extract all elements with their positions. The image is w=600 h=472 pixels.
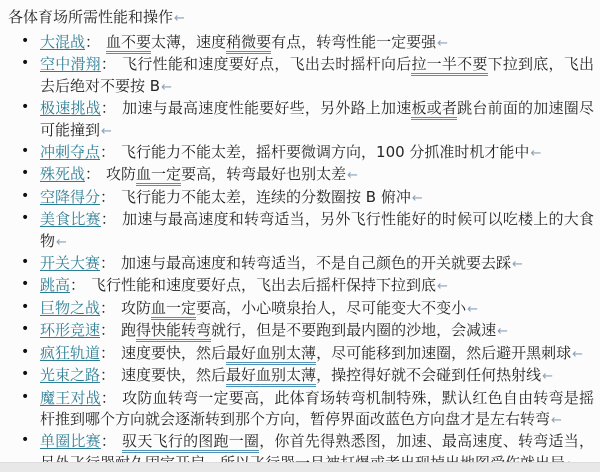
page-title-text: 各体育场所需性能和操作 <box>8 8 173 26</box>
text-segment-plain: 攻防 <box>121 299 151 317</box>
paragraph-mark: ← <box>512 257 523 272</box>
stadium-term: 冲刺夺点 <box>40 143 100 161</box>
page-title: 各体育场所需性能和操作← <box>8 6 594 30</box>
stadium-term: 环形竞速 <box>40 321 100 339</box>
term-colon: ： <box>101 432 116 450</box>
term-colon: ： <box>100 254 115 272</box>
term-colon: ： <box>100 299 115 317</box>
text-segment-plain: 飞行能力不能太差，连续的分数圈按 B 俯冲 <box>121 188 411 206</box>
stadium-term: 大混战 <box>40 33 85 51</box>
bullet-icon: • <box>21 342 29 363</box>
term-colon: ： <box>85 165 100 183</box>
stadium-term: 空中滑翔 <box>40 55 101 73</box>
paragraph-mark: ← <box>437 279 448 294</box>
document-page[interactable]: 各体育场所需性能和操作← •大混战：血不要太薄，速度稍微要有点，转弯性能一定要强… <box>0 0 600 472</box>
bullet-icon: • <box>21 163 29 184</box>
paragraph-mark: ← <box>497 324 508 339</box>
text-segment-plain: 攻防 <box>106 165 136 183</box>
term-colon: ： <box>100 344 115 362</box>
list-item: •疯狂轨道：速度要快，然后最好血别太薄，尽可能移到加速圈，然后避开黑刺球← <box>8 343 594 365</box>
bullet-icon: • <box>21 141 29 162</box>
stadium-term: 美食比赛 <box>40 210 101 228</box>
stadium-term: 空降得分 <box>40 188 100 206</box>
term-colon: ： <box>85 33 100 51</box>
term-colon: ： <box>101 210 116 228</box>
bullet-icon: • <box>21 274 29 295</box>
term-colon: ： <box>100 366 115 384</box>
text-segment-plain: 飞行性能和速度要好点，飞出去时摇杆向后 <box>122 55 411 73</box>
text-segment-plain: 加速与最高速度和转弯适当，不是自己颜色的开关就要去踩 <box>121 254 511 272</box>
bullet-icon: • <box>21 186 29 207</box>
page-bottom-edge <box>0 462 600 472</box>
text-segment-plain: ，尽可能移到加速圈，然后避开黑刺球 <box>316 344 571 362</box>
term-colon: ： <box>100 321 115 339</box>
paragraph-mark: ← <box>347 168 358 183</box>
text-segment-plain: 加速与最高速度性能要好些，另外路上加速 <box>122 99 411 117</box>
term-colon: ： <box>70 276 85 294</box>
text-segment-plain: 要高，小心喷泉抬人，尽可能变大不变小 <box>196 299 466 317</box>
bullet-icon: • <box>21 387 29 408</box>
stadium-term: 单圈比赛 <box>40 432 101 450</box>
bullet-icon: • <box>21 364 29 385</box>
text-segment-underline: 拉一半不要 <box>411 55 487 76</box>
list-item: •魔王对战：攻防血转弯一定要高，此体育场转弯机制特殊，默认红色自由转弯是摇杆推到… <box>8 388 594 432</box>
paragraph-mark: ← <box>551 413 562 428</box>
bullet-icon: • <box>21 208 29 229</box>
paragraph-mark: ← <box>101 124 112 139</box>
term-colon: ： <box>100 188 115 206</box>
stadium-term: 疯狂轨道 <box>40 344 100 362</box>
list-item: •开关大赛：加速与最高速度和转弯适当，不是自己颜色的开关就要去踩← <box>8 253 594 275</box>
bullet-icon: • <box>21 252 29 273</box>
text-segment-plain: 太薄，速度 <box>151 33 226 51</box>
bullet-icon: • <box>21 53 29 74</box>
stadium-term: 开关大赛 <box>40 254 100 272</box>
text-segment-plain: 跑 <box>121 321 136 339</box>
bullet-icon: • <box>21 430 29 451</box>
list-item: •空中滑翔：飞行性能和速度要好点，飞出去时摇杆向后拉一半不要下拉到底，飞出去后绝… <box>8 54 594 98</box>
paragraph-mark: ← <box>161 80 172 95</box>
term-colon: ： <box>101 389 116 407</box>
text-segment-plain: 有点，转弯性能一定要强 <box>271 33 436 51</box>
text-segment-plain: 飞行能力不能太差，摇杆要微调方向，100 分抓准时机才能中 <box>121 143 529 161</box>
text-segment-plain: 攻防血转弯一定要高，此体育场转弯机制特殊，默认红色自由转弯是摇杆推到哪个方向就会… <box>40 389 594 428</box>
stadium-term: 跳高 <box>40 276 70 294</box>
stadium-term: 殊死战 <box>40 165 85 183</box>
text-segment-plain: 就行，但是不要跑到最内圈的沙地，会减速 <box>211 321 496 339</box>
text-segment-underline: 血一定 <box>136 165 181 186</box>
text-segment-plain: 速度要快，然后 <box>121 344 226 362</box>
list-item: •大混战：血不要太薄，速度稍微要有点，转弯性能一定要强← <box>8 32 594 54</box>
list-item: •美食比赛：加速与最高速度和转弯适当，另外飞行性能好的时候可以吃楼上的大食物← <box>8 209 594 253</box>
text-segment-plain: ，操控得好就不会碰到任何热射线 <box>316 366 541 384</box>
list-item: •环形竞速：跑得快能转弯就行，但是不要跑到最内圈的沙地，会减速← <box>8 320 594 342</box>
term-colon: ： <box>101 55 116 73</box>
paragraph-mark: ← <box>437 36 448 51</box>
stadium-term: 光束之路 <box>40 366 100 384</box>
stadium-term: 巨物之战 <box>40 299 100 317</box>
list-item: •冲刺夺点：飞行能力不能太差，摇杆要微调方向，100 分抓准时机才能中← <box>8 142 594 164</box>
list-item: •空降得分：飞行能力不能太差，连续的分数圈按 B 俯冲← <box>8 187 594 209</box>
text-segment-underline: 得快能转弯 <box>136 321 211 342</box>
text-segment-underline: 稍微要 <box>226 33 271 54</box>
bullet-icon: • <box>21 297 29 318</box>
text-segment-underline: 板或者 <box>411 99 457 120</box>
bullet-icon: • <box>21 31 29 52</box>
paragraph-mark: ← <box>530 146 541 161</box>
list-item: •巨物之战：攻防血一定要高，小心喷泉抬人，尽可能变大不变小← <box>8 298 594 320</box>
stadium-term: 极速挑战 <box>40 99 101 117</box>
paragraph-mark: ← <box>56 235 67 250</box>
text-segment-underline: 血一定 <box>151 299 196 320</box>
paragraph-mark: ← <box>542 369 553 384</box>
list-item: •光束之路：速度要快，然后最好血别太薄，操控得好就不会碰到任何热射线← <box>8 365 594 387</box>
bullet-icon: • <box>21 97 29 118</box>
text-segment-underline: 血不要 <box>106 33 151 54</box>
paragraph-mark: ← <box>572 347 583 362</box>
term-colon: ： <box>101 99 116 117</box>
term-colon: ： <box>100 143 115 161</box>
paragraph-mark: ← <box>174 11 185 26</box>
paragraph-mark: ← <box>467 302 478 317</box>
text-segment-underline: 最好血别太薄 <box>226 344 316 365</box>
list-item: •极速挑战：加速与最高速度性能要好些，另外路上加速板或者跳台前面的加速圈尽可能撞… <box>8 98 594 142</box>
paragraph-mark: ← <box>412 191 423 206</box>
bullet-icon: • <box>21 319 29 340</box>
text-segment-plain: 飞行性能和速度要好点，飞出去后摇杆保持下拉到底 <box>91 276 436 294</box>
stadium-term: 魔王对战 <box>40 389 101 407</box>
text-segment-plain: 加速与最高速度和转弯适当，另外飞行性能好的时候可以吃楼上的大食物 <box>40 210 594 249</box>
list-item: •跳高：飞行性能和速度要好点，飞出去后摇杆保持下拉到底← <box>8 275 594 297</box>
list-item: •殊死战：攻防血一定要高，转弯最好也别太差← <box>8 164 594 186</box>
text-segment-plain: 速度要快，然后 <box>121 366 226 384</box>
document-content: 各体育场所需性能和操作← •大混战：血不要太薄，速度稍微要有点，转弯性能一定要强… <box>0 0 600 472</box>
text-segment-underline: 最好血别太薄 <box>226 366 316 387</box>
stadium-list: •大混战：血不要太薄，速度稍微要有点，转弯性能一定要强←•空中滑翔：飞行性能和速… <box>8 32 594 472</box>
text-segment-underline: 驭天飞行的图跑一圈 <box>122 432 259 453</box>
text-segment-plain: 要高，转弯最好也别太差 <box>181 165 346 183</box>
